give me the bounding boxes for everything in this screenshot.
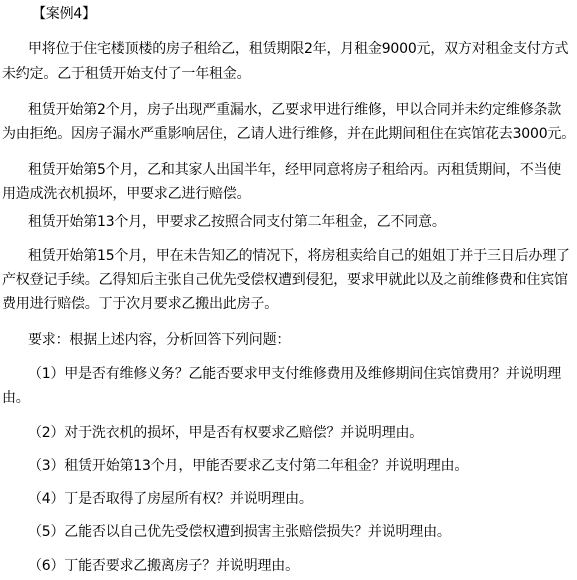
paragraph-1-line-1: 甲将位于住宅楼顶楼的房子租给乙，租赁期限2年，月租金9000元，双方对租金支付方… (28, 39, 568, 59)
question-4: （4）丁是否取得了房屋所有权？并说明理由。 (28, 489, 313, 509)
paragraph-5-line-2: 产权登记手续。乙得知后主张自己优先受偿权遭到侵犯，要求甲就此以及之前维修费和住宾… (2, 270, 568, 290)
question-1-line-2: 由。 (2, 388, 30, 408)
question-6: （6）丁能否要求乙搬离房子？并说明理由。 (28, 556, 299, 576)
question-3: （3）租赁开始第13个月，甲能否要求乙支付第二年租金？并说明理由。 (28, 456, 468, 476)
paragraph-2-line-2: 为由拒绝。因房子漏水严重影响居住，乙请人进行维修，并在此期间租住在宾馆花去300… (2, 124, 575, 144)
paragraph-5-line-1: 租赁开始第15个月，甲在未告知乙的情况下，将房租卖给自己的姐姐丁并于三日后办理了 (28, 246, 570, 266)
paragraph-2-line-1: 租赁开始第2个月，房子出现严重漏水，乙要求甲进行维修，甲以合同并未约定维修条款 (28, 100, 561, 120)
case-document: 【案例4】 甲将位于住宅楼顶楼的房子租给乙，租赁期限2年，月租金9000元，双方… (0, 0, 577, 580)
question-2: （2）对于洗衣机的损坏，甲是否有权要求乙赔偿？并说明理由。 (28, 423, 423, 443)
paragraph-1-line-2: 未约定。乙于租赁开始支付了一年租金。 (2, 64, 250, 84)
question-1-line-1: （1）甲是否有维修义务？乙能否要求甲支付维修费用及维修期间住宾馆费用？并说明理 (28, 364, 561, 384)
question-5: （5）乙能否以自己优先受偿权遭到损害主张赔偿损失？并说明理由。 (28, 522, 451, 542)
paragraph-3-line-2: 用造成洗衣机损坏，甲要求乙进行赔偿。 (2, 184, 250, 204)
paragraph-5-line-3: 费用进行赔偿。丁于次月要求乙搬出此房子。 (2, 294, 278, 314)
paragraph-3-line-1: 租赁开始第5个月，乙和其家人出国半年，经甲同意将房子租给丙。丙租赁期间，不当使 (28, 160, 561, 180)
paragraph-4-line-1: 租赁开始第13个月，甲要求乙按照合同支付第二年租金，乙不同意。 (28, 212, 446, 232)
case-title: 【案例4】 (32, 4, 96, 24)
requirement-text: 要求：根据上述内容，分析回答下列问题： (28, 330, 290, 350)
